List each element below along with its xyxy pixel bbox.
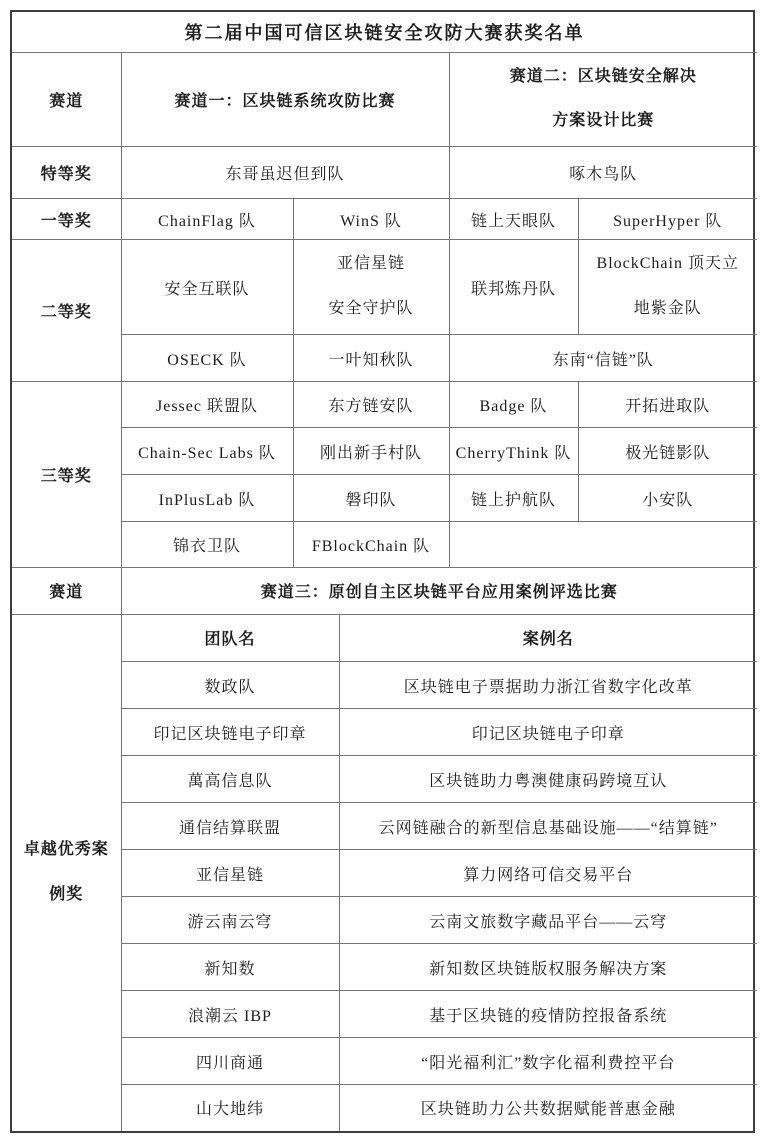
- team-cell: Badge 队: [449, 382, 578, 428]
- awards-table-lower: 卓越优秀案 例奖 团队名 案例名 数政队 区块链电子票据助力浙江省数字化改革 印…: [12, 615, 757, 1131]
- first-prize-label: 一等奖: [12, 199, 121, 240]
- team-cell: Chain-Sec Labs 队: [121, 428, 293, 475]
- team-cell: 四川商通: [121, 1038, 339, 1085]
- team-cell: 山大地纬: [121, 1085, 339, 1131]
- team-cell: Jessec 联盟队: [121, 382, 293, 428]
- awards-table: 第二届中国可信区块链安全攻防大赛获奖名单 赛道 赛道一：区块链系统攻防比赛 赛道…: [10, 10, 755, 1133]
- track-column-label: 赛道: [12, 52, 121, 147]
- track3-column-label: 赛道: [12, 568, 121, 614]
- team-cell: 新知数: [121, 944, 339, 991]
- team-cell: 链上护航队: [449, 475, 578, 522]
- grand-prize-track2-team: 啄木鸟队: [449, 147, 757, 199]
- team-cell: 安全互联队: [121, 240, 293, 335]
- team-cell: 极光链影队: [578, 428, 757, 475]
- team-cell: ChainFlag 队: [121, 199, 293, 240]
- team-column-header: 团队名: [121, 615, 339, 662]
- awards-table-upper: 第二届中国可信区块链安全攻防大赛获奖名单 赛道 赛道一：区块链系统攻防比赛 赛道…: [12, 12, 757, 614]
- case-cell: 新知数区块链版权服务解决方案: [339, 944, 757, 991]
- team-cell: 链上天眼队: [449, 199, 578, 240]
- empty-cell: [449, 522, 757, 568]
- third-prize-label: 三等奖: [12, 382, 121, 568]
- team-cell: FBlockChain 队: [293, 522, 449, 568]
- team-cell: 亚信星链: [121, 850, 339, 897]
- team-cell: 游云南云穹: [121, 897, 339, 944]
- team-cell: 萬高信息队: [121, 756, 339, 803]
- team-cell: OSECK 队: [121, 335, 293, 382]
- team-cell: 浪潮云 IBP: [121, 991, 339, 1038]
- grand-prize-track1-team: 东哥虽迟但到队: [121, 147, 449, 199]
- team-cell: 磐印队: [293, 475, 449, 522]
- team-cell: 通信结算联盟: [121, 803, 339, 850]
- grand-prize-label: 特等奖: [12, 147, 121, 199]
- team-cell: 一叶知秋队: [293, 335, 449, 382]
- case-column-header: 案例名: [339, 615, 757, 662]
- team-cell: 联邦炼丹队: [449, 240, 578, 335]
- team-cell: 小安队: [578, 475, 757, 522]
- team-cell: SuperHyper 队: [578, 199, 757, 240]
- team-cell: BlockChain 顶天立 地紫金队: [578, 240, 757, 335]
- second-prize-label: 二等奖: [12, 240, 121, 382]
- team-cell: 开拓进取队: [578, 382, 757, 428]
- team-cell: 东南“信链”队: [449, 335, 757, 382]
- case-cell: 区块链电子票据助力浙江省数字化改革: [339, 662, 757, 709]
- team-cell: 印记区块链电子印章: [121, 709, 339, 756]
- team-cell: 数政队: [121, 662, 339, 709]
- track1-title: 赛道一：区块链系统攻防比赛: [121, 52, 449, 147]
- case-cell: 基于区块链的疫情防控报备系统: [339, 991, 757, 1038]
- case-cell: “阳光福利汇”数字化福利费控平台: [339, 1038, 757, 1085]
- case-cell: 印记区块链电子印章: [339, 709, 757, 756]
- team-cell: 东方链安队: [293, 382, 449, 428]
- case-cell: 区块链助力公共数据赋能普惠金融: [339, 1085, 757, 1131]
- team-cell: 亚信星链 安全守护队: [293, 240, 449, 335]
- team-cell: 锦衣卫队: [121, 522, 293, 568]
- team-cell: 刚出新手村队: [293, 428, 449, 475]
- case-award-label: 卓越优秀案 例奖: [12, 615, 121, 1131]
- track2-title: 赛道二：区块链安全解决 方案设计比赛: [449, 52, 757, 147]
- team-cell: CherryThink 队: [449, 428, 578, 475]
- page-title: 第二届中国可信区块链安全攻防大赛获奖名单: [12, 12, 757, 52]
- team-cell: WinS 队: [293, 199, 449, 240]
- case-cell: 云南文旅数字藏品平台——云穹: [339, 897, 757, 944]
- case-cell: 算力网络可信交易平台: [339, 850, 757, 897]
- team-cell: InPlusLab 队: [121, 475, 293, 522]
- case-cell: 云网链融合的新型信息基础设施——“结算链”: [339, 803, 757, 850]
- track3-title: 赛道三：原创自主区块链平台应用案例评选比赛: [121, 568, 757, 614]
- case-cell: 区块链助力粤澳健康码跨境互认: [339, 756, 757, 803]
